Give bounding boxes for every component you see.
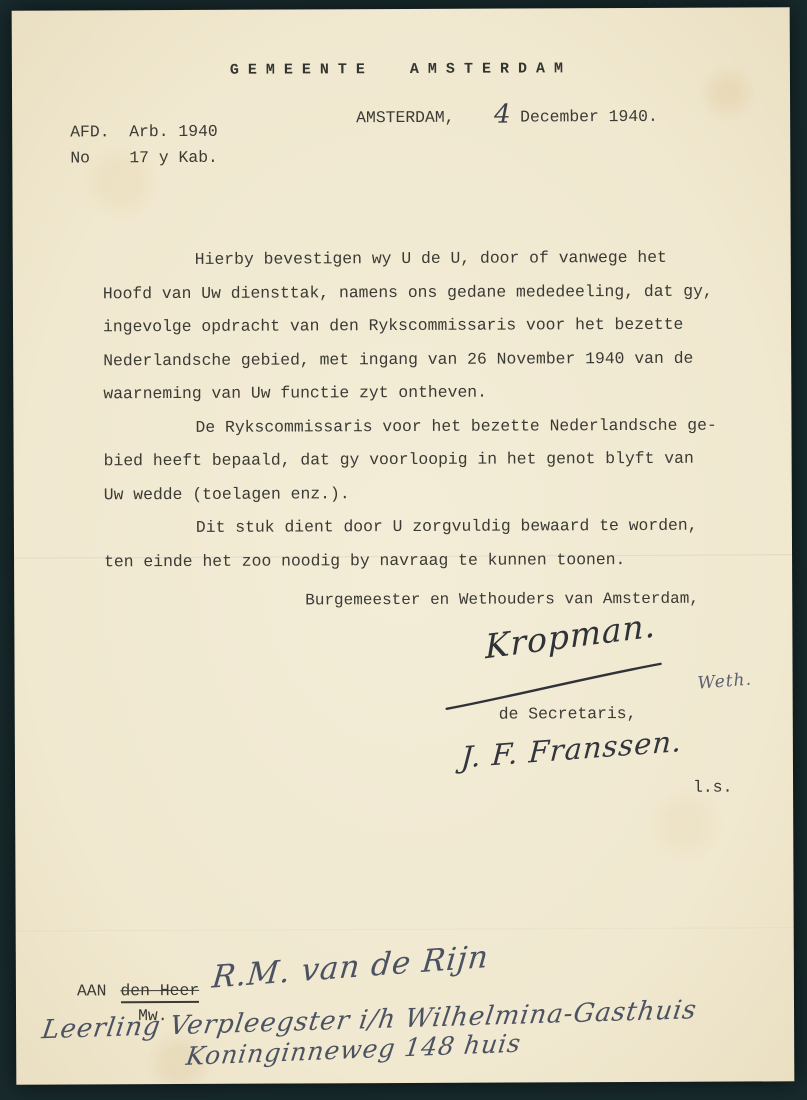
- body-line: Hierby bevestigen wy U de U, door of van…: [103, 241, 731, 277]
- recipient-name-handwritten: R.M. van de Rijn: [210, 939, 490, 996]
- secretary-label: de Secretaris,: [499, 704, 637, 724]
- body-line: waarneming van Uw functie zyt ontheven.: [103, 375, 731, 411]
- body-line: Hoofd van Uw diensttak, namens ons gedan…: [103, 274, 731, 310]
- body-line: De Rykscommissaris voor het bezette Nede…: [103, 408, 731, 444]
- body-line: ingevolge opdracht van den Rykscommissar…: [103, 308, 731, 344]
- aan-label: AAN: [77, 981, 107, 1000]
- body-line: Dit stuk dient door U zorgvuldig bewaard…: [104, 509, 732, 545]
- handwritten-note-weth: Weth.: [697, 670, 753, 694]
- signature-mayor: Kropman.: [485, 605, 657, 666]
- letter-paper: GEMEENTE AMSTERDAM AMSTERDAM, 4 December…: [12, 7, 795, 1084]
- place-label: AMSTERDAM,: [356, 108, 454, 127]
- handwritten-day: 4: [494, 100, 512, 130]
- recipient-salutation: AANden Heer: [77, 981, 199, 1001]
- reference-line-1: AFD. Arb. 1940: [70, 122, 218, 142]
- letter-title: GEMEENTE AMSTERDAM: [12, 59, 790, 79]
- salutation-struck-text: den Heer: [120, 981, 199, 1003]
- body-line: ten einde het zoo noodig by navraag te k…: [104, 542, 732, 578]
- reference-line-2: No 17 y Kab.: [70, 148, 218, 168]
- body-line: Nederlandsche gebied, met ingang van 26 …: [103, 341, 731, 377]
- body-line: Uw wedde (toelagen enz.).: [104, 475, 732, 511]
- signature-secretary: J. F. Franssen.: [460, 724, 683, 775]
- letter-body: Hierby bevestigen wy U de U, door of van…: [103, 241, 732, 579]
- date-text: December 1940.: [520, 107, 658, 127]
- body-line: bied heeft bepaald, dat gy voorloopig in…: [104, 442, 732, 478]
- fold-crease: [16, 927, 794, 932]
- ls-abbreviation: l.s.: [693, 778, 732, 797]
- scan-background: GEMEENTE AMSTERDAM AMSTERDAM, 4 December…: [0, 0, 807, 1100]
